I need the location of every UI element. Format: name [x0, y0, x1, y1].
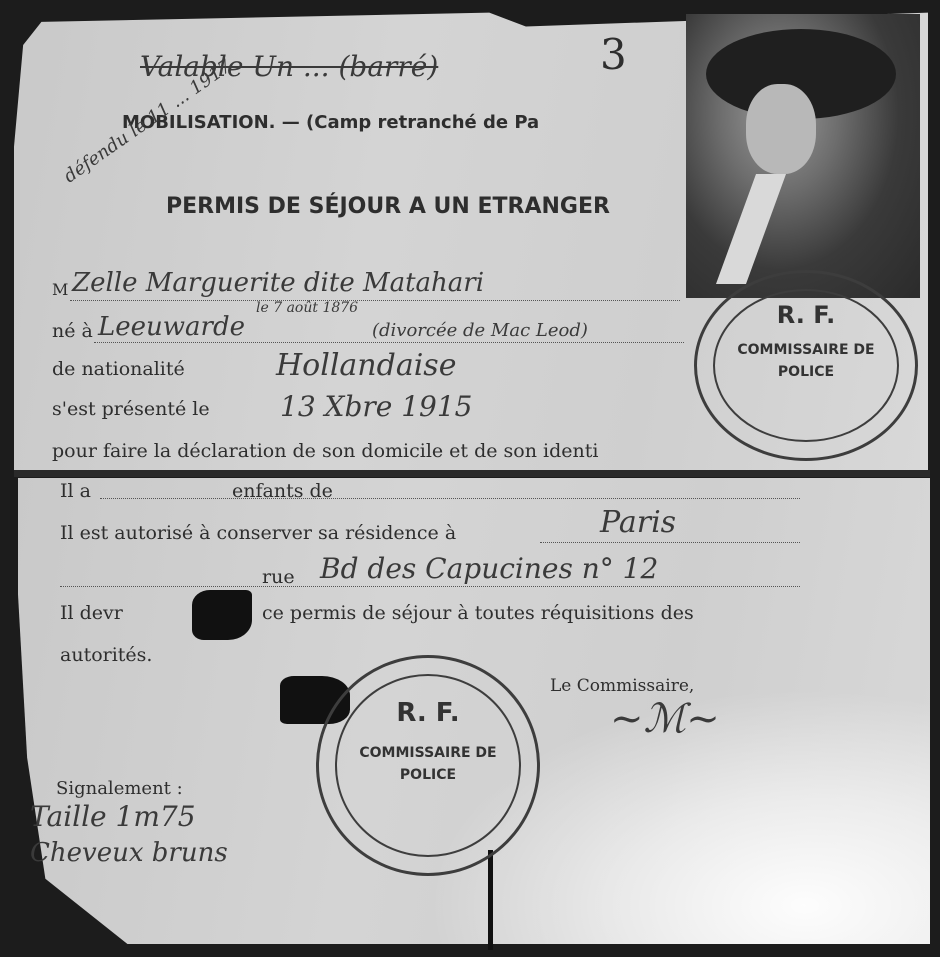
signalement-hair: Cheveux bruns: [30, 838, 228, 868]
street-label: rue: [262, 566, 295, 588]
stamp-middle: COMMISSAIRE DE POLICE: [697, 339, 915, 383]
name-line: [70, 300, 680, 301]
commissaire-label: Le Commissaire,: [550, 676, 694, 696]
signalement-height: Taille 1m75: [30, 800, 196, 833]
name-label: M: [52, 280, 68, 299]
obligation-text-2: ce permis de séjour à toutes réquisition…: [262, 602, 694, 624]
name-value: Zelle Marguerite dite Matahari: [72, 268, 484, 298]
street-line: [60, 586, 800, 587]
tear-mark: [488, 850, 493, 950]
nationality-value: Hollandaise: [276, 348, 456, 383]
signalement-label: Signalement :: [56, 778, 183, 799]
portrait-photo: [686, 14, 920, 298]
birth-place: Leeuwarde: [98, 312, 245, 342]
presented-label: s'est présenté le: [52, 398, 210, 420]
birth-line: [94, 342, 684, 343]
declaration-text: pour faire la déclaration de son domicil…: [52, 440, 598, 462]
children-line: [100, 498, 800, 499]
obligation-text-3: autorités.: [60, 644, 152, 666]
stamp-rf: R. F.: [697, 301, 915, 329]
title-line: MOBILISATION. — (Camp retranché de Pa: [122, 112, 539, 133]
stamp-rf: R. F.: [319, 698, 537, 728]
obligation-text-1: Il devr: [60, 602, 123, 624]
police-stamp-lower: R. F. COMMISSAIRE DE POLICE: [316, 655, 540, 876]
hole-damage: [192, 590, 252, 640]
document-title: PERMIS DE SÉJOUR A UN ETRANGER: [166, 194, 610, 219]
birth-date: le 7 août 1876: [256, 300, 358, 316]
street-value: Bd des Capucines n° 12: [320, 552, 658, 585]
residence-city: Paris: [600, 505, 676, 540]
header-annotation: Valable Un ... (barré): [140, 50, 438, 83]
children-label: Il a: [60, 480, 91, 502]
page-number: 3: [600, 30, 627, 79]
nationality-label: de nationalité: [52, 358, 185, 380]
presented-value: 13 Xbre 1915: [280, 390, 473, 423]
collar-shape: [716, 174, 786, 284]
police-stamp-upper: R. F. COMMISSAIRE DE POLICE: [694, 270, 918, 461]
residence-label: Il est autorisé à conserver sa résidence…: [60, 522, 456, 544]
birth-label: né à: [52, 320, 93, 342]
fold-line: [14, 470, 930, 477]
residence-line: [540, 542, 800, 543]
commissaire-signature: ~ℳ~: [610, 696, 720, 742]
face-shape: [746, 84, 816, 174]
birth-note: (divorcée de Mac Leod): [372, 320, 588, 341]
stamp-middle: COMMISSAIRE DE POLICE: [319, 742, 537, 786]
